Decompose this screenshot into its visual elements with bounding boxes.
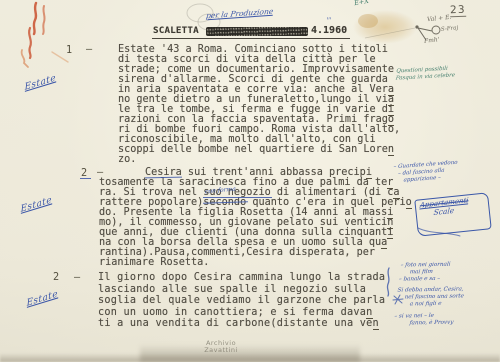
pencil-diagram-label-top: Val + E. (427, 14, 452, 24)
typed-line: lasciando alle sue spalle il negozio sul… (98, 284, 385, 296)
margin-note-estate-3: Estate (26, 289, 58, 309)
margin-note-estate-1: Estate (24, 73, 56, 93)
typed-line: ti a una vendita di carbone(distante una… (98, 318, 385, 330)
typed-line: rianimare Rosetta. (99, 258, 412, 268)
typed-line: soglia del quale vediamo il garzone che … (98, 295, 385, 307)
page-number: 23 (450, 4, 466, 18)
title-word: SCALETTA (153, 26, 199, 36)
title-underline (152, 38, 350, 39)
typed-line: zo. (118, 155, 400, 165)
paragraph-3-dash: — (74, 272, 80, 283)
handwritten-quote-marks: '' (327, 16, 332, 25)
boxed-note-appartamenti-scale: Appartamenti Scale (414, 192, 491, 237)
typed-line: con un uomo in canottiera; e si ferma da… (98, 307, 385, 319)
underline-suo-negozio (203, 197, 272, 198)
top-edge-handwriting: E+X (353, 0, 369, 7)
typed-line: scoppi delle bombe nel quartiere di San … (118, 145, 400, 155)
pencil-diagram-label-mid: S-Fraj (441, 25, 459, 33)
margin-note-estate-2: Estate (20, 195, 52, 215)
pencil-diagram-label-bottom: Fmh' (424, 36, 440, 45)
underline-paragraph-2-number (80, 178, 91, 179)
right-margin-note-teal: Questioni possibiliPasqua in via celebre (395, 65, 455, 81)
bottom-edge-shadow (0, 353, 500, 362)
paragraph-1-number: 1 (66, 45, 72, 56)
title-date: 4.1960 (311, 26, 347, 36)
bottom-right-note: – foto nei giornalimai film– banale e sa… (393, 261, 468, 327)
handwritten-line: – banale e sa – (398, 275, 466, 283)
right-margin-note-blue: – Guardate che vedono– dal fascino allaa… (392, 160, 457, 186)
handwritten-note-above-title: per la Produzione (205, 7, 274, 21)
paragraph-1-text: Estate '43 a Roma. Cominciano sotto i ti… (118, 45, 400, 165)
red-pencil-marks (22, 3, 68, 67)
paragraph-3-text: Il giorno dopo Cesira cammina lungo la s… (98, 272, 385, 330)
paragraph-1-dash: — (86, 44, 92, 55)
scribbled-out-title-segment (206, 27, 308, 36)
paragraph-2-text: Cesira sui trent'anni abbassa precipitos… (99, 168, 412, 268)
handwritten-line: fanno, è Provvy (409, 319, 461, 327)
scanned-typescript-page: 23 E+X Val + E. S-Fraj Fmh' per la Produ… (0, 0, 500, 362)
paragraph-3-number: 2 (53, 272, 59, 283)
typed-line: Il giorno dopo Cesira cammina lungo la s… (98, 272, 385, 284)
handwritten-line: a noi figli e (409, 300, 463, 308)
coffee-stain (353, 10, 417, 44)
